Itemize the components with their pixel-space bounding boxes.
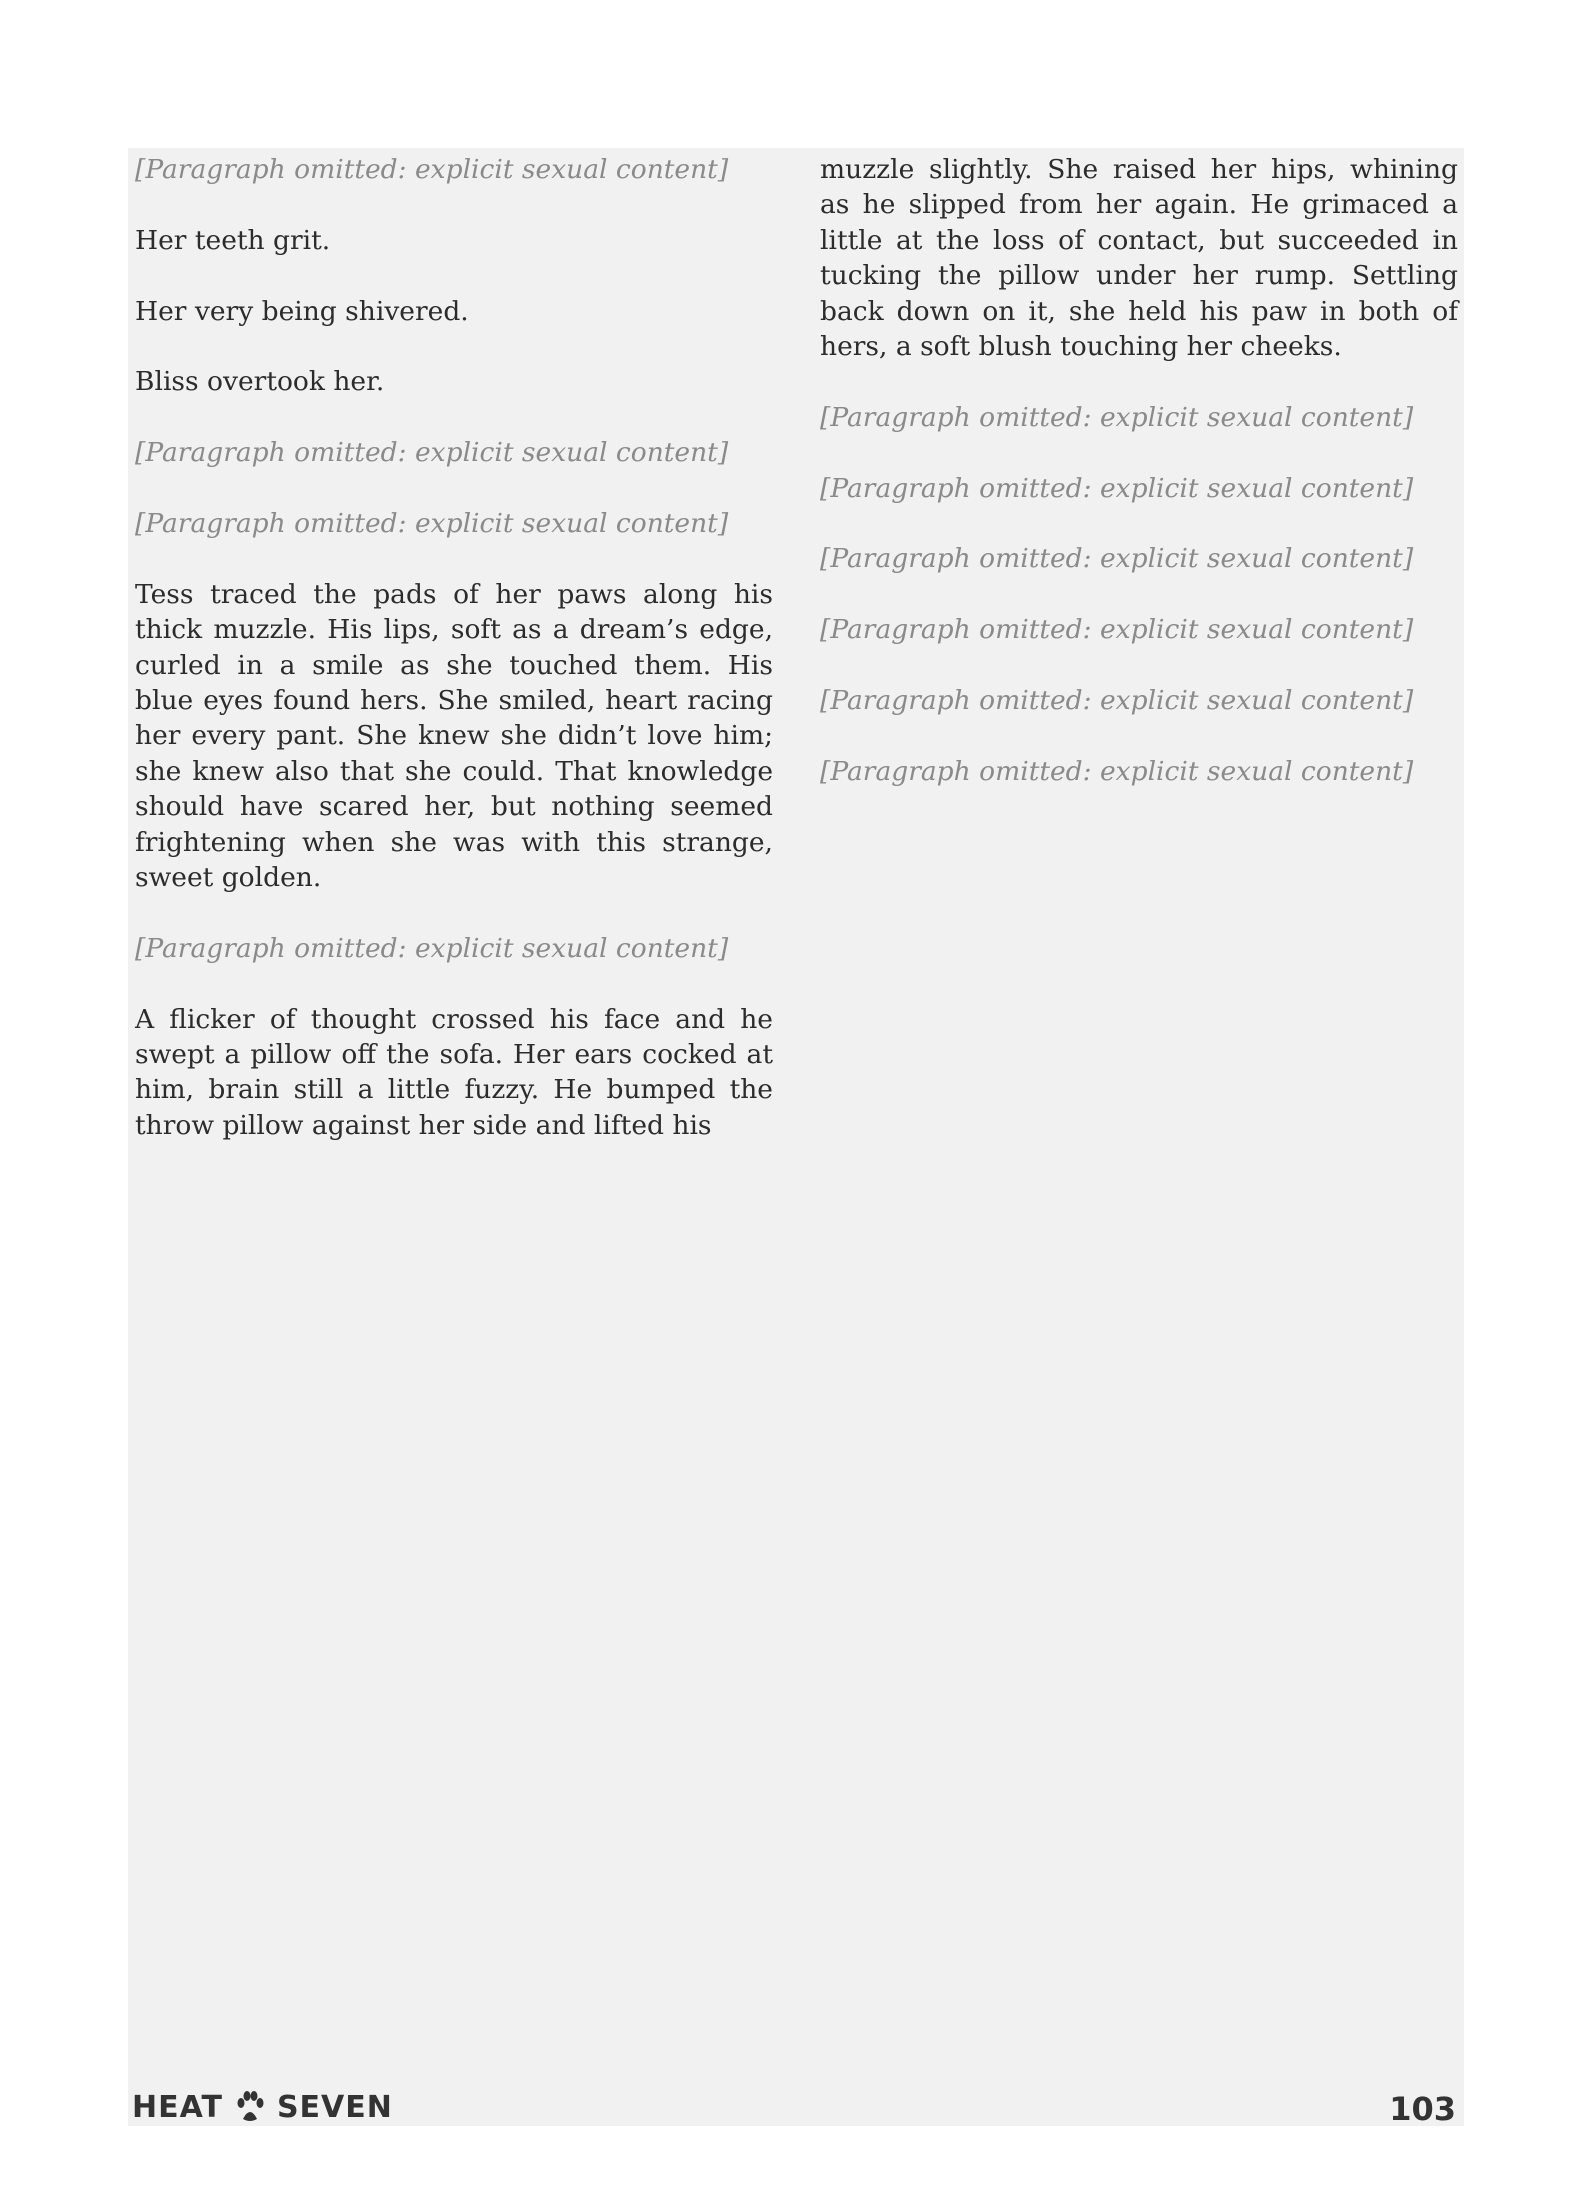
paw-print-icon	[235, 2091, 265, 2125]
paragraph: [Paragraph omitted: explicit sexual cont…	[820, 541, 1458, 576]
paragraph: [Paragraph omitted: explicit sexual cont…	[135, 435, 773, 470]
left-column: [Paragraph omitted: explicit sexual cont…	[135, 152, 773, 1179]
right-column: muzzle slightly. She raised her hips, wh…	[820, 152, 1458, 825]
paragraph: [Paragraph omitted: explicit sexual cont…	[820, 754, 1458, 789]
paragraph: Her teeth grit.	[135, 223, 773, 258]
paragraph: [Paragraph omitted: explicit sexual cont…	[820, 683, 1458, 718]
brand-word-heat: HEAT	[132, 2090, 223, 2125]
paragraph: Her very being shivered.	[135, 294, 773, 329]
paragraph: [Paragraph omitted: explicit sexual cont…	[820, 471, 1458, 506]
paragraph: Bliss overtook her.	[135, 364, 773, 399]
paragraph: muzzle slightly. She raised her hips, wh…	[820, 152, 1458, 364]
page-footer: HEAT SEVEN 103	[132, 2090, 1460, 2130]
paragraph: [Paragraph omitted: explicit sexual cont…	[820, 400, 1458, 435]
paragraph: [Paragraph omitted: explicit sexual cont…	[820, 612, 1458, 647]
page-number: 103	[1389, 2090, 1456, 2128]
paragraph: [Paragraph omitted: explicit sexual cont…	[135, 506, 773, 541]
paragraph: A flicker of thought crossed his face an…	[135, 1002, 773, 1144]
publication-brand: HEAT SEVEN	[132, 2090, 393, 2125]
paragraph: [Paragraph omitted: explicit sexual cont…	[135, 931, 773, 966]
brand-word-seven: SEVEN	[277, 2090, 393, 2125]
paragraph: Tess traced the pads of her paws along h…	[135, 577, 773, 896]
paragraph: [Paragraph omitted: explicit sexual cont…	[135, 152, 773, 187]
